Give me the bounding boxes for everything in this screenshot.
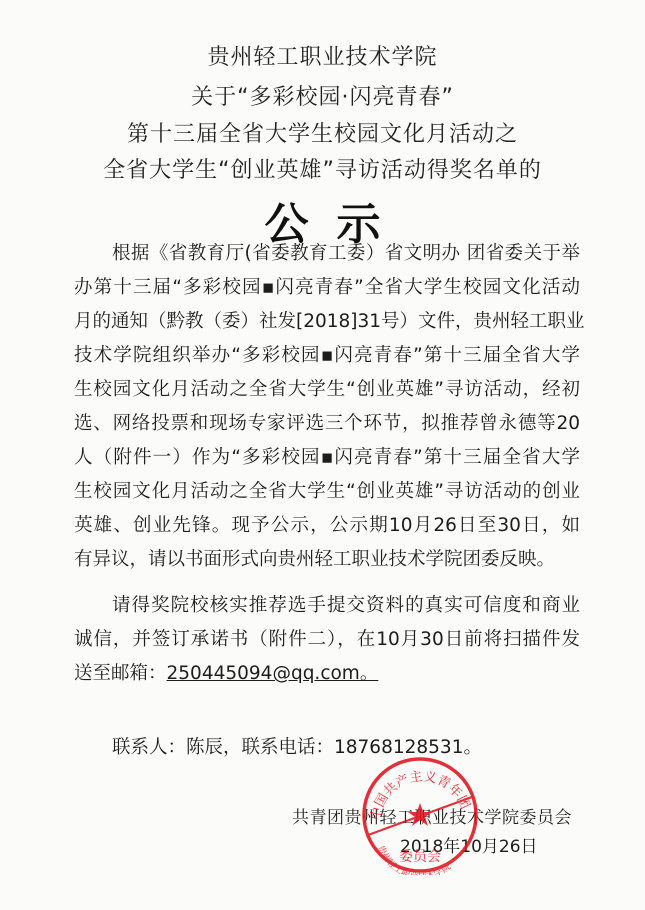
title-line-4: 全省大学生“创业英雄”寻访活动得奖名单的 xyxy=(0,153,645,184)
email-label: 送至邮箱： xyxy=(74,663,167,684)
title-line-3: 第十三届全省大学生校园文化月活动之 xyxy=(0,117,645,148)
paragraph-line: 生校园文化月活动之全省大学生“创业英雄”寻访活动的创业 xyxy=(74,480,580,504)
paragraph-line: 有异议，请以书面形式向贵州轻工职业技术学院团委反映。 xyxy=(74,548,580,572)
paragraph-line: 技术学院组织举办“多彩校园▪闪亮青春”第十三届全省大学 xyxy=(74,344,580,368)
signature-organization: 共青团贵州轻工职业技术学院委员会 xyxy=(292,803,572,828)
paragraph-line: 英雄、创业先锋。现予公示，公示期10月26日至30日，如 xyxy=(74,514,580,538)
paragraph-line: 月的通知（黔教（委）社发[2018]31号）文件，贵州轻工职业 xyxy=(74,310,580,334)
paragraph-line: 根据《省教育厅(省委教育工委）省文明办 团省委关于举 xyxy=(112,242,580,266)
paragraph-line: 人（附件一）作为“多彩校园▪闪亮青春”第十三届全省大学 xyxy=(74,446,580,470)
paragraph-line: 办第十三届“多彩校园▪闪亮青春”全省大学生校园文化活动 xyxy=(74,276,580,300)
paragraph-line: 诚信，并签订承诺书（附件二），在10月30日前将扫描件发 xyxy=(74,628,580,652)
contact-info: 联系人：陈辰，联系电话：18768128531。 xyxy=(112,733,482,759)
signature-date: 2018年10月26日 xyxy=(400,832,538,857)
paragraph-line: 请得奖院校核实推荐选手提交资料的真实可信度和商业 xyxy=(112,594,580,618)
paragraph-line: 选、网络投票和现场专家评选三个环节，拟推荐曾永德等20 xyxy=(74,412,580,436)
paragraph-line: 生校园文化月活动之全省大学生“创业英雄”寻访活动，经初 xyxy=(74,378,580,402)
title-line-2: 关于“多彩校园·闪亮青春” xyxy=(0,80,645,111)
paragraph-line: 送至邮箱：250445094@qq.com。 xyxy=(74,662,580,686)
document-page: 贵州轻工职业技术学院 关于“多彩校园·闪亮青春” 第十三届全省大学生校园文化月活… xyxy=(0,0,645,910)
title-institution: 贵州轻工职业技术学院 xyxy=(0,40,645,71)
email-link[interactable]: 250445094@qq.com。 xyxy=(167,663,379,684)
